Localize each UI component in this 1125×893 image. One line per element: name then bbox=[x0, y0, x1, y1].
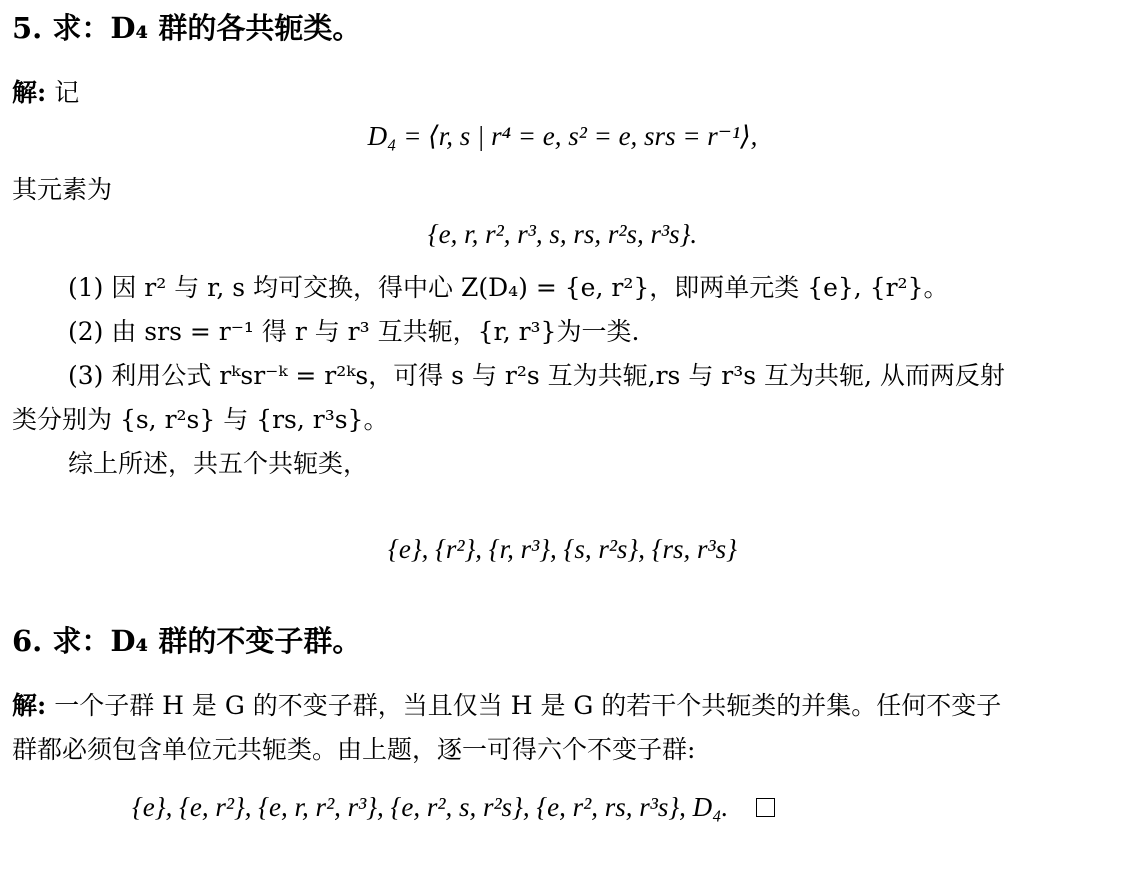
step-3-line-1: (3) 利用公式 rᵏsr⁻ᵏ = r²ᵏs，可得 s 与 r²s 互为共轭,r… bbox=[68, 363, 1113, 388]
qed-square-icon bbox=[756, 798, 775, 817]
step-3-line-2: 类分别为 {s, r²s} 与 {rs, r³s}。 bbox=[12, 407, 388, 432]
subgroups-text: {e}, {e, r²}, {e, r, r², r³}, {e, r², s,… bbox=[132, 792, 728, 822]
problem-5-solution-intro: 解: 记 bbox=[12, 80, 79, 105]
line-1-text: 一个子群 H 是 G 的不变子群，当且仅当 H 是 G 的若干个共轭类的并集。任… bbox=[54, 691, 1001, 720]
problem-6-line-2: 群都必须包含单位元共轭类。由上题，逐一可得六个不变子群: bbox=[12, 737, 695, 762]
elements-label: 其元素为 bbox=[12, 177, 112, 202]
problem-5-heading: 5. 求：D₄ 群的各共轭类。 bbox=[12, 14, 361, 43]
step-2: (2) 由 srs = r⁻¹ 得 r 与 r³ 互共轭，{r, r³}为一类. bbox=[68, 319, 639, 344]
problem-6-heading: 6. 求：D₄ 群的不变子群。 bbox=[12, 627, 361, 656]
problem-6-line-1: 解: 一个子群 H 是 G 的不变子群，当且仅当 H 是 G 的若干个共轭类的并… bbox=[12, 693, 1001, 718]
intro-text: 记 bbox=[54, 78, 79, 107]
conjugacy-classes: {e}, {r²}, {r, r³}, {s, r²s}, {rs, r³s} bbox=[0, 536, 1125, 563]
normal-subgroups-list: {e}, {e, r²}, {e, r, r², r³}, {e, r², s,… bbox=[132, 794, 775, 821]
elements-set: {e, r, r², r³, s, rs, r²s, r³s}. bbox=[0, 221, 1125, 248]
summary-text: 综上所述，共五个共轭类， bbox=[68, 451, 368, 476]
solution-label: 解: bbox=[12, 78, 46, 107]
solution-label: 解: bbox=[12, 691, 46, 720]
group-presentation: D₄ = ⟨r, s | r⁴ = e, s² = e, srs = r⁻¹⟩, bbox=[0, 123, 1125, 150]
step-1: (1) 因 r² 与 r, s 均可交换，得中心 Z(D₄) = {e, r²}… bbox=[68, 275, 948, 300]
